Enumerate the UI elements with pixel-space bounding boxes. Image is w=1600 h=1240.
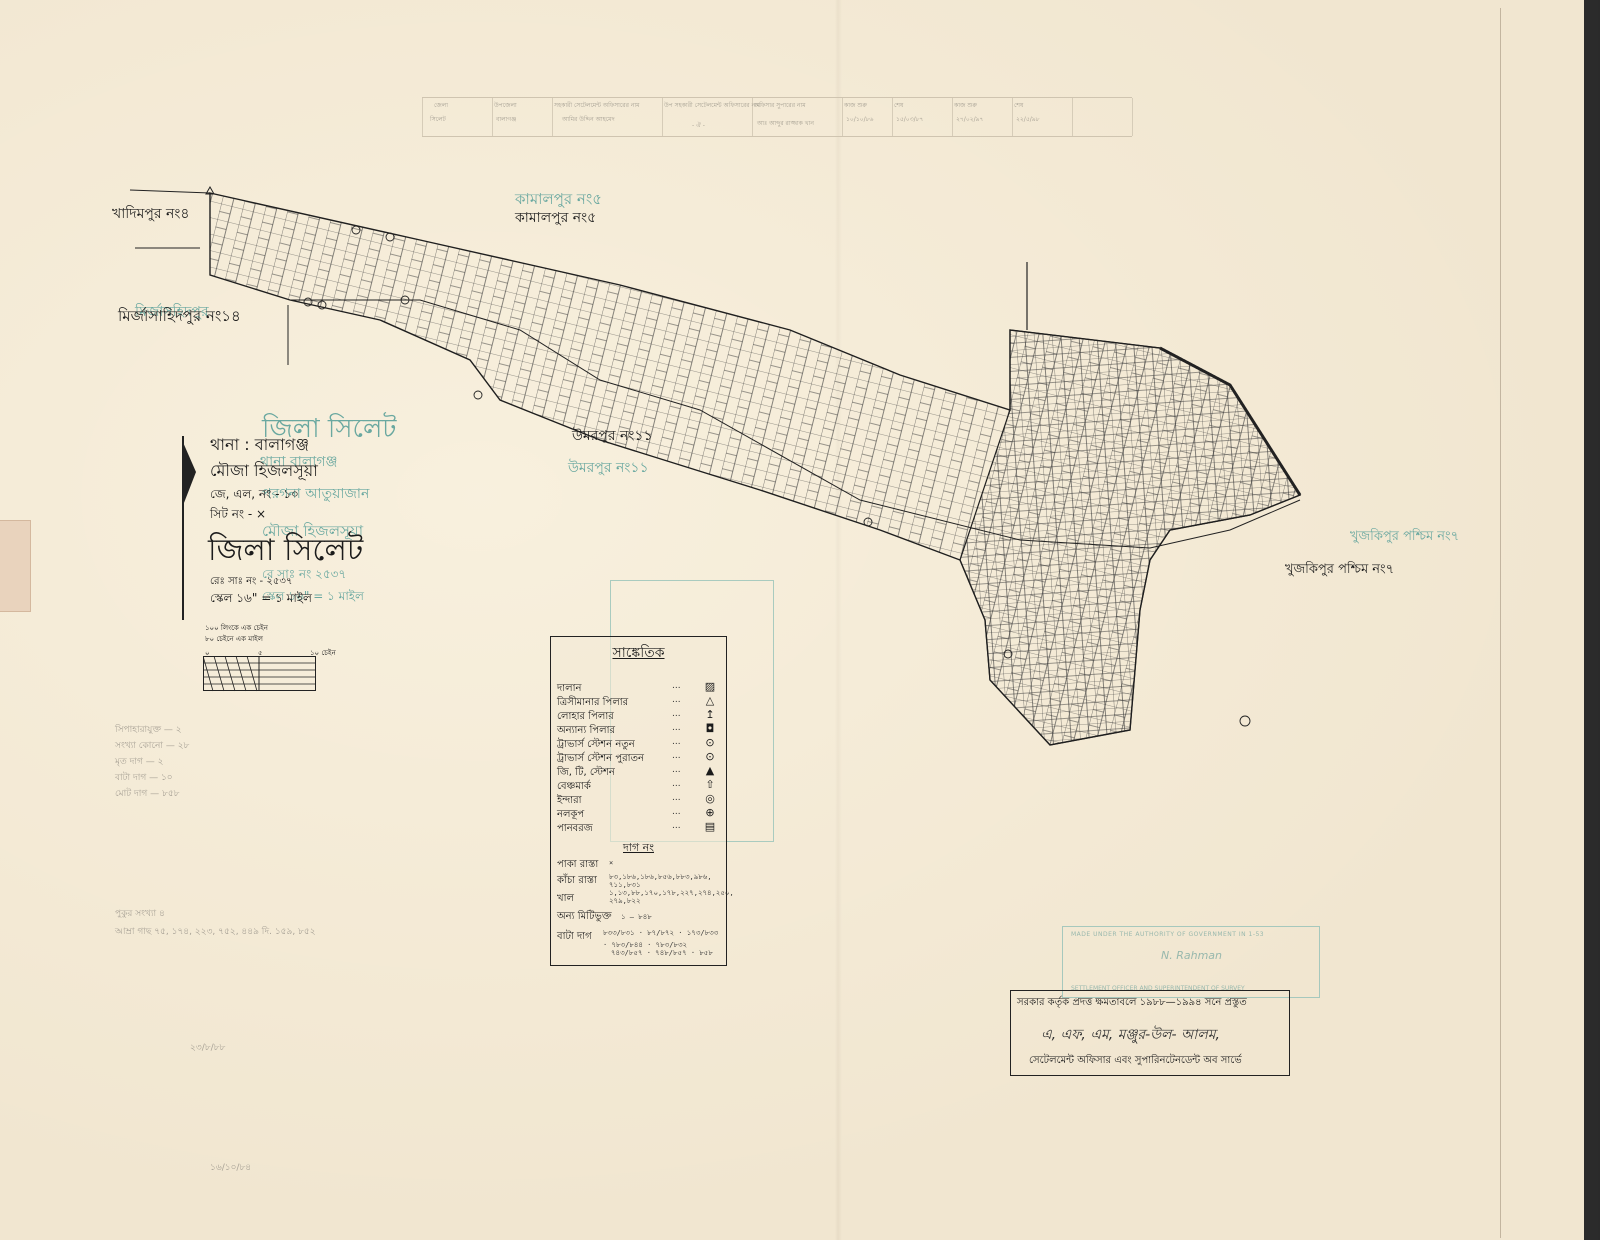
legend-item: ইন্দারা...◎ — [557, 793, 719, 807]
boundary-label-west: খাদিমপুর নং৪ — [112, 202, 190, 226]
dag-value: ৮৩,১৮৬,১৮৬,৮৫৬,৮৮৩,৯৮৬, ৭১১,৮৩১ — [609, 873, 721, 889]
thana-label: থানা : বালাগঞ্জ — [210, 432, 309, 459]
legend-item: লোহার পিলার...↥ — [557, 709, 719, 723]
pencil-signature: ২৩/৮/৮৮ — [190, 1040, 225, 1055]
officer-title: সেটেলমেন্ট অফিসার এবং সুপারিনটেনডেন্ট অব… — [1029, 1053, 1242, 1070]
scan-edge — [1584, 0, 1598, 1240]
mouza-label: মৌজা হিজলসূয়া — [210, 458, 318, 485]
dag-value: ১ — ৮৪৮ — [621, 911, 652, 923]
dag-label: কাঁচা রাস্তা — [557, 873, 597, 890]
authority-box: সরকার কর্তৃক প্রদত্ত ক্ষমতাবলে ১৯৮৮—১৯৯৪… — [1010, 990, 1290, 1076]
dag-title: দাগ নং — [551, 839, 726, 858]
boundary-label-east: খুজকিপুর পশ্চিম নং৭ — [1285, 560, 1394, 581]
benchmark-icon: ⇧ — [701, 778, 719, 791]
pencil-note: আম্রা গাছ ৭৫, ১৭৪, ২২৩, ৭৫২, ৪৪৯ দি. ১৫৯… — [115, 924, 316, 939]
sheet-number: সিট নং - × — [210, 506, 266, 526]
legend-title: সাঙ্কেতিক — [551, 641, 726, 665]
map-sheet: জেলা উপজেলা সহকারী সেটেলমেন্ট অফিসারের ন… — [0, 0, 1598, 1240]
dag-label: খাল — [557, 891, 574, 908]
boundary-stamp-south: উমরপুর নং১১ — [568, 456, 649, 480]
pencil-note: পুকুর সংখ্যা ৪ — [115, 906, 165, 921]
scale-bar — [203, 656, 317, 692]
dag-value: ১,১৩,৮৮,১৭০,১৭৮,২২৭,২৭৪,২৫০, ২৭৯,৮২২ — [609, 889, 721, 905]
legend-box: সাঙ্কেতিক দালান...▨ ত্রিসীমানার পিলার...… — [550, 636, 727, 966]
bata-label: বাটা দাগ — [557, 929, 592, 946]
dag-label: অন্য মিটিভুক্ত — [557, 909, 612, 926]
pencil-signature: ১৬/১০/৮৪ — [210, 1160, 251, 1175]
boundary-stamp-east: খুজকিপুর পশ্চিম নং৭ — [1350, 527, 1459, 548]
pencil-note: সিপাহারাযুক্ত — ২ — [115, 722, 182, 737]
scale-note-2: ৮০ চেইনে এক মাইল — [205, 633, 263, 645]
legend-item: দালান...▨ — [557, 681, 719, 695]
tubewell-icon: ⊕ — [701, 806, 719, 819]
pencil-note: সংখ্যা কোনো — ২৮ — [115, 738, 189, 753]
legend-item: অন্যান্য পিলার...◘ — [557, 723, 719, 737]
officer-signature: এ, এফ, এম, মঞ্জুর-উল- আলম, — [1041, 1023, 1220, 1047]
other-pillar-icon: ◘ — [701, 722, 719, 735]
reg-number: রেঃ সাঃ নং - ২৫৩৭ — [210, 574, 292, 591]
legend-item: ট্রাভার্স স্টেশন পুরাতন...⊙ — [557, 751, 719, 765]
pencil-note: মোট দাগ — ৮৫৮ — [115, 786, 180, 801]
dag-value: × — [609, 859, 613, 867]
bata-values: ৭৪৩/৮৫৭ · ৭৪৮/৮৫৭ · ৮৫৮ — [611, 947, 713, 959]
boundary-label-north: কামালপুর নং৫ — [515, 206, 596, 230]
boundary-label-southwest: মির্জাসাহিদপুর নং১৪ — [118, 305, 241, 330]
dag-label: পাকা রাস্তা — [557, 857, 598, 874]
traverse-station-new-icon: ⊙ — [701, 736, 719, 749]
legend-item: নলকূপ...⊕ — [557, 807, 719, 821]
traverse-station-old-icon: ⊙ — [701, 750, 719, 763]
pencil-note: বাটা দাগ — ১০ — [115, 770, 173, 785]
gt-station-icon: ▲ — [701, 764, 719, 777]
legend-item: পানবরজ...▤ — [557, 821, 719, 835]
boundary-label-south: উমরপুর নং১১ — [572, 424, 653, 448]
pencil-note: মৃত দাগ — ২ — [115, 754, 163, 769]
jl-number: জে, এল, নং - ১০ — [210, 486, 299, 506]
legend-item: ট্রাভার্স স্টেশন নতুন...⊙ — [557, 737, 719, 751]
well-icon: ◎ — [701, 792, 719, 805]
legend-item: ত্রিসীমানার পিলার...△ — [557, 695, 719, 709]
old-authority-stamp: MADE UNDER THE AUTHORITY OF GOVERNMENT I… — [1062, 926, 1320, 998]
legend-item: বেঞ্চমার্ক...⇧ — [557, 779, 719, 793]
tri-junction-pillar-icon: △ — [701, 694, 719, 707]
legend-item: জি, টি, স্টেশন...▲ — [557, 765, 719, 779]
district-label: জিলা সিলেট — [208, 526, 363, 577]
betel-garden-icon: ▤ — [701, 820, 719, 833]
authority-line: সরকার কর্তৃক প্রদত্ত ক্ষমতাবলে ১৯৮৮—১৯৯৪… — [1017, 995, 1247, 1012]
iron-pillar-icon: ↥ — [701, 708, 719, 721]
title-arrow — [182, 440, 196, 508]
building-icon: ▨ — [701, 680, 719, 693]
mouza-map — [0, 0, 1600, 1240]
scale-label: স্কেল ১৬" = ১ মাইল — [210, 590, 312, 610]
